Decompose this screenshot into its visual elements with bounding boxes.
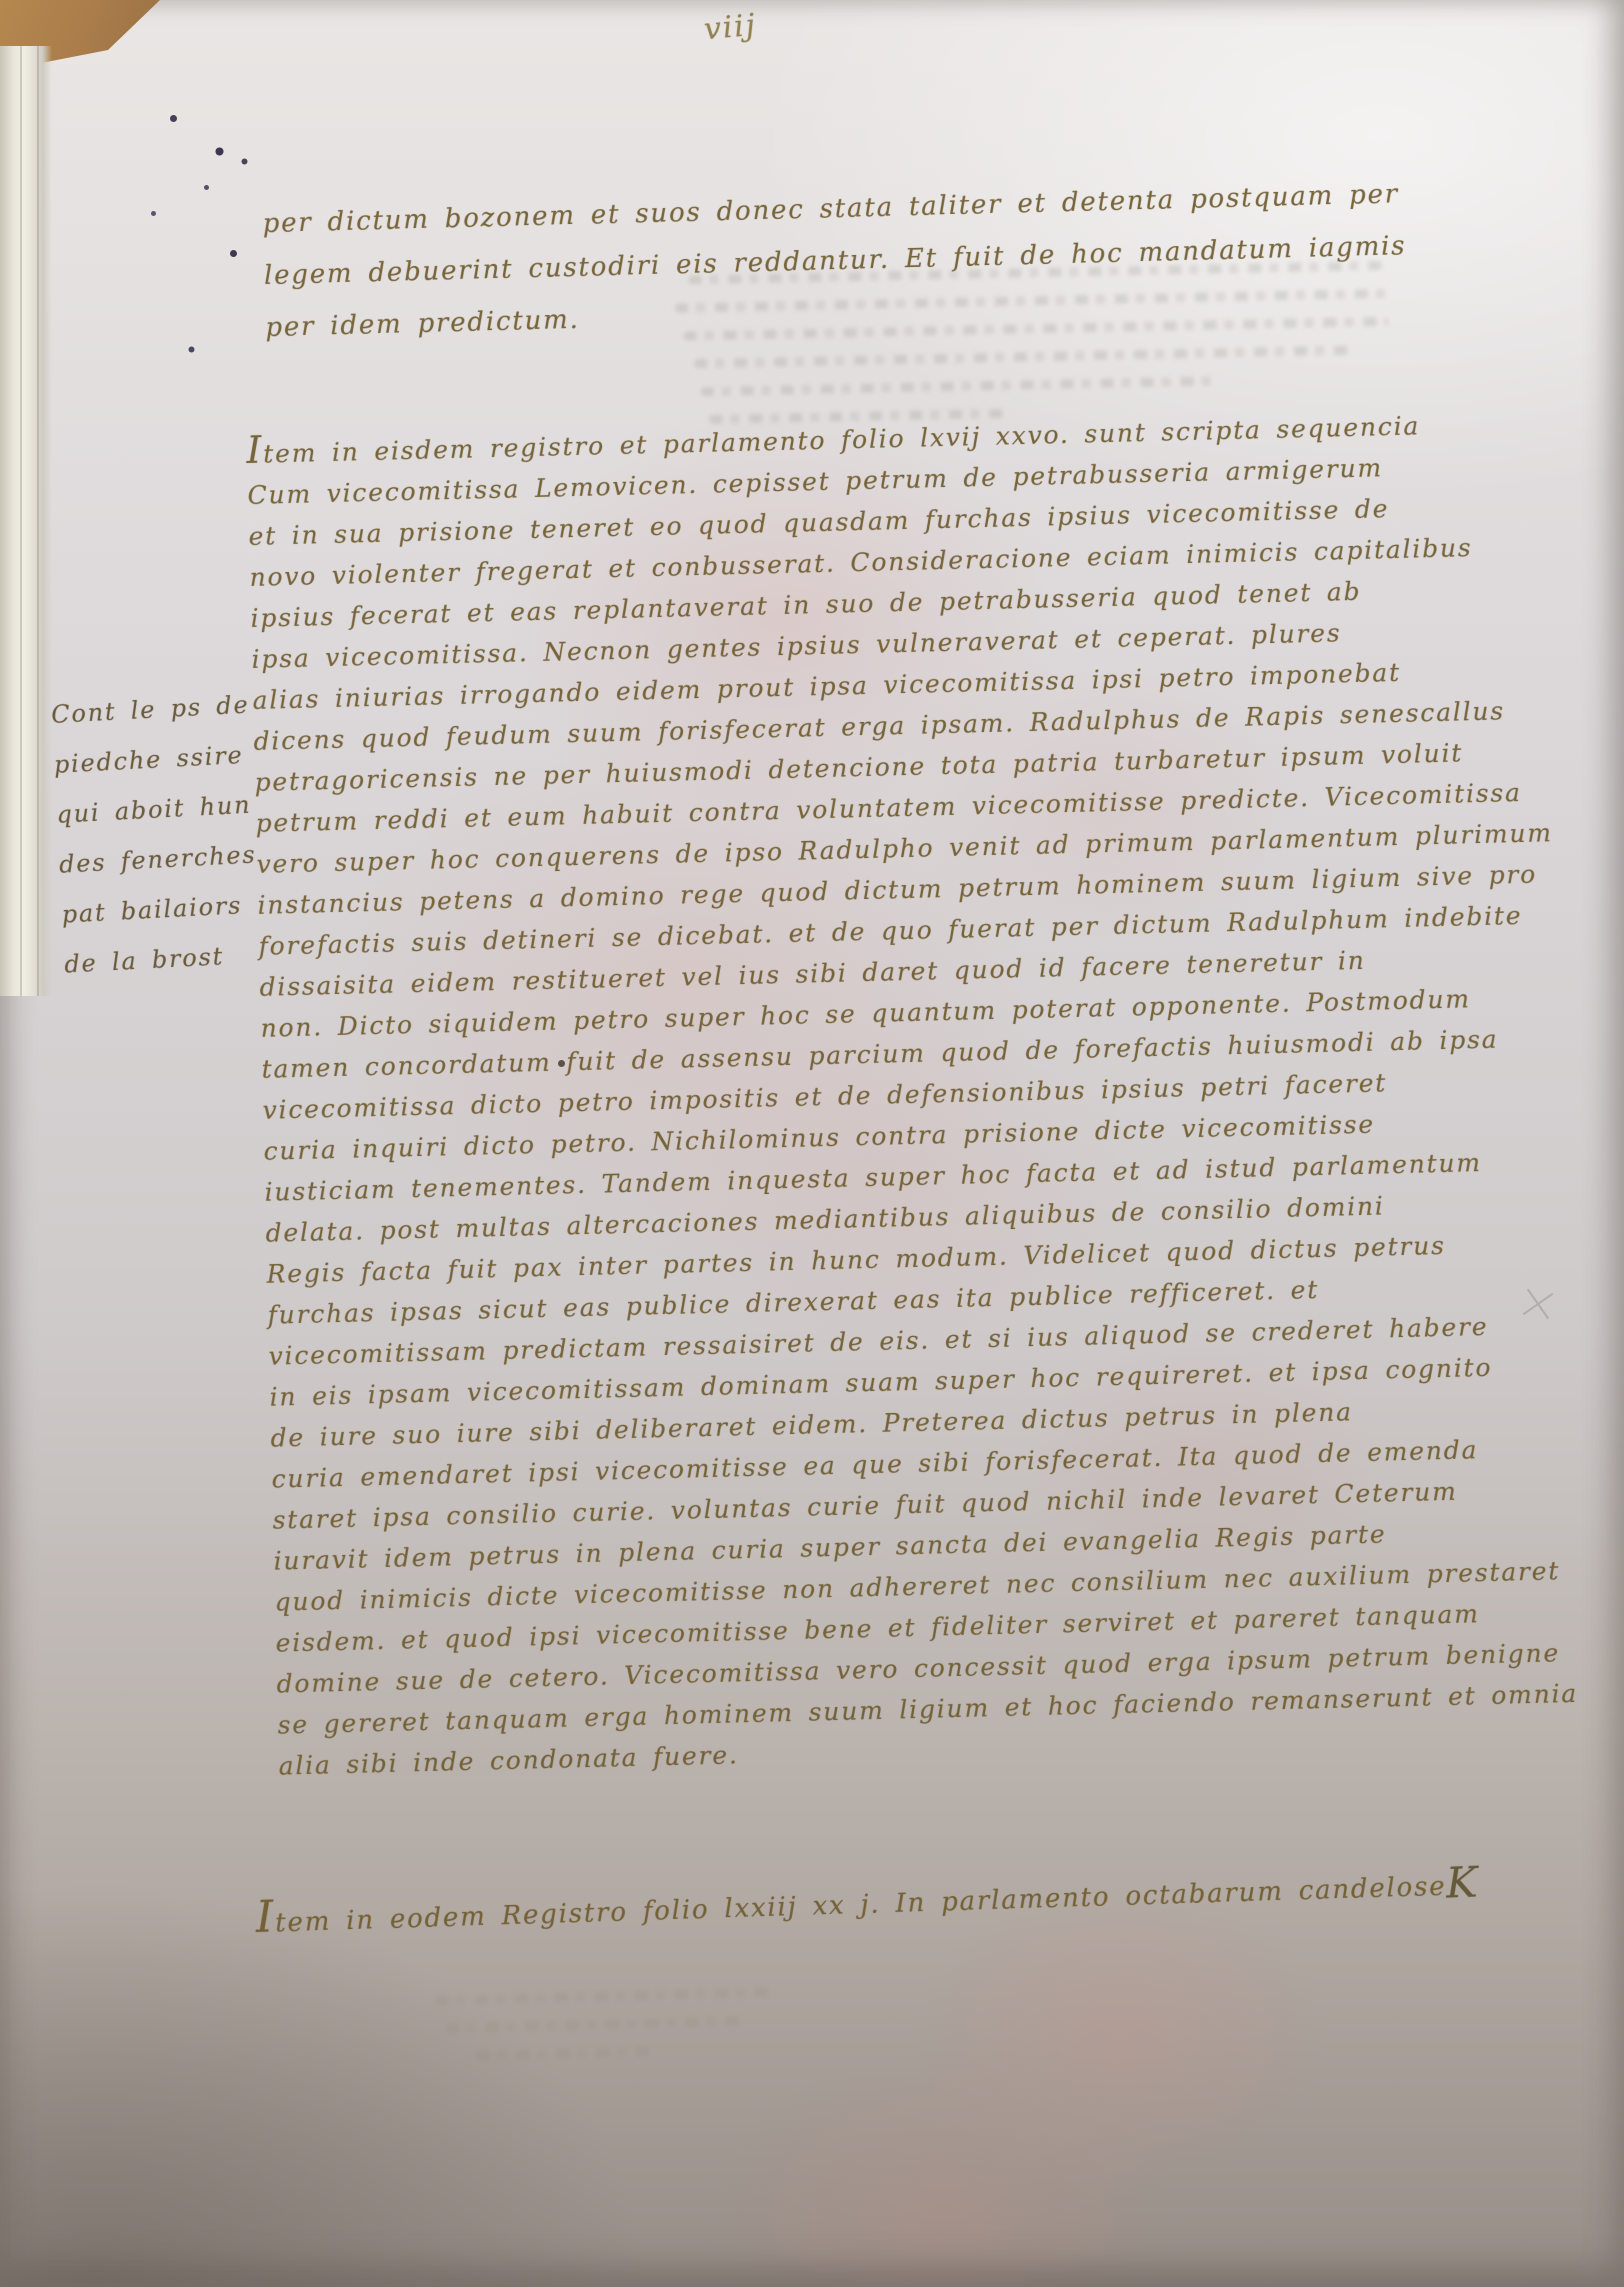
manuscript-page: viij per dictum bozonem et suos donec st…: [0, 0, 1624, 2287]
folio-number-mark: viij: [703, 8, 758, 47]
text-line: de la brost: [63, 929, 264, 989]
bleed-through-text-bottom: [435, 1988, 777, 2081]
opening-paragraph: per dictum bozonem et suos donec stata t…: [262, 167, 1466, 354]
text-line: pat bailaiors: [60, 879, 261, 939]
folio-leaf-edges: [0, 46, 52, 996]
main-entry-paragraph: Item in eisdem registro et parlamento fo…: [246, 401, 1479, 1787]
marginal-note: Cont le ps depiedche ssirequi aboit hund…: [50, 680, 264, 990]
pencil-cross-mark: [1517, 1283, 1559, 1325]
ink-specks: [0, 0, 3, 3]
next-entry-line: Item in eodem Registro folio lxxiij xx j…: [255, 1855, 1447, 1943]
quire-letter-mark: K: [1445, 1857, 1480, 1907]
